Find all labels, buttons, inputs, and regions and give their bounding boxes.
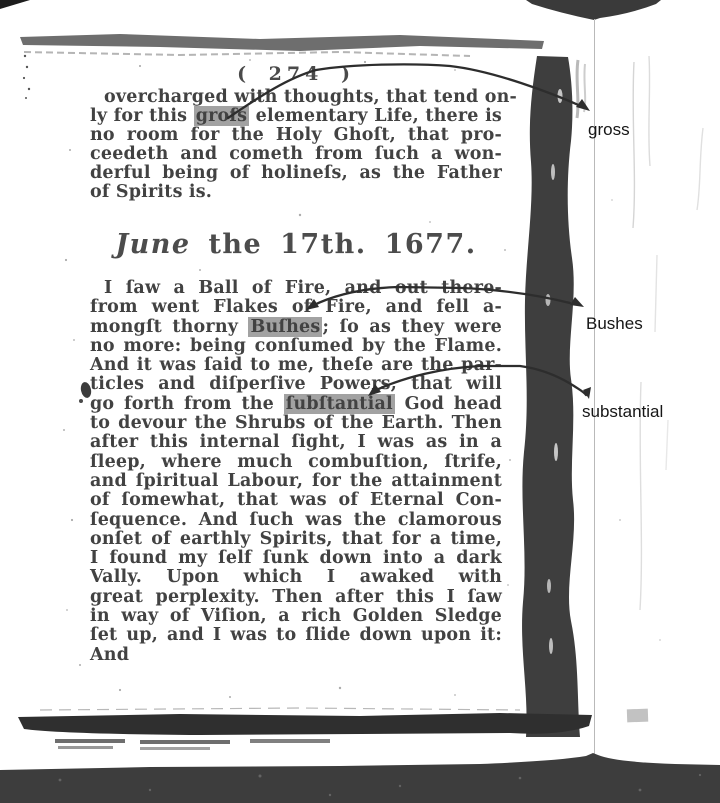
highlighted-word-bushes: Buſhes [248, 317, 322, 337]
text-line: Vally. Upon which I awaked with [90, 568, 502, 587]
text-line: great perplexity. Then after this I ſaw [90, 588, 502, 607]
highlighted-word-substantial: ſubſtantial [284, 394, 395, 414]
text-line: And it was ſaid to me, theſe are the par… [90, 356, 502, 375]
scanner-corner-shadow [0, 0, 30, 9]
paragraph-2: I ſaw a Ball of Fire, and out there- fro… [90, 279, 502, 665]
text-line: ſequence. And ſuch was the clamorous [90, 511, 502, 530]
text-line: no more: being conſumed by the Flame. [90, 337, 502, 356]
annotation-label-bushes: Bushes [586, 314, 643, 334]
line-text: ; ſo as they were [322, 317, 502, 337]
heading-month: June [115, 229, 190, 260]
text-line: ſleep, where much combuſtion, ſtrife, [90, 453, 502, 472]
text-line: derful being of holineſs, as the Father [90, 164, 502, 183]
text-line: overcharged with thoughts, that tend on- [90, 88, 502, 107]
line-text: ly for this [90, 106, 194, 126]
text-line: mongſt thorny Buſhes; ſo as they were [90, 318, 502, 337]
text-line: onſet of earthly Spirits, that for a tim… [90, 530, 502, 549]
book-spine-top-shadow [526, 0, 661, 20]
page-bottom-edge [18, 708, 648, 750]
highlighted-word-grofs: grofs [194, 106, 250, 126]
paragraph-1: overcharged with thoughts, that tend on-… [90, 88, 502, 202]
line-text: elementary Life, there is [249, 106, 502, 126]
annotation-label-substantial: substantial [582, 402, 663, 422]
text-line: ly for this grofs elementary Life, there… [90, 107, 502, 126]
catchword: And [90, 646, 502, 665]
annotation-label-gross: gross [588, 120, 630, 140]
text-line: ticles and diſperſive Powers, that will [90, 375, 502, 394]
text-line: after this internal ſight, I was as in a [90, 433, 502, 452]
text-line: ceedeth and cometh from ſuch a won- [90, 145, 502, 164]
text-line: no room for the Holy Ghoſt, that pro- [90, 126, 502, 145]
gutter-shadow-band [522, 56, 585, 737]
line-text: mongſt thorny [90, 317, 248, 337]
text-line: and ſpiritual Labour, for the attainment [90, 472, 502, 491]
text-line: from went Flakes of Fire, and fell a- [90, 298, 502, 317]
text-line: in way of Viſion, a rich Golden Sledge [90, 607, 502, 626]
scanned-book-page: ( 274 ) overcharged with thoughts, that … [0, 0, 720, 803]
heading-rest: the 17th. 1677. [191, 229, 477, 260]
page-number: ( 274 ) [90, 63, 502, 85]
text-line: to devour the Shrubs of the Earth. Then [90, 414, 502, 433]
text-line: ſet up, and I was to ſlide down upon it: [90, 626, 502, 645]
text-line: of ſomewhat, that was of Eternal Con- [90, 491, 502, 510]
text-line: I found my ſelf ſunk down into a dark [90, 549, 502, 568]
text-line: of Spirits is. [90, 183, 502, 202]
scanner-bed-bottom [0, 753, 720, 803]
text-line: I ſaw a Ball of Fire, and out there- [90, 279, 502, 298]
facing-page-streaks [633, 56, 703, 610]
entry-date-heading: June the 17th. 1677. [90, 229, 502, 260]
line-text: go forth from the [90, 394, 284, 414]
text-line: go forth from the ſubſtantial God head [90, 395, 502, 414]
line-text: God head [395, 394, 502, 414]
